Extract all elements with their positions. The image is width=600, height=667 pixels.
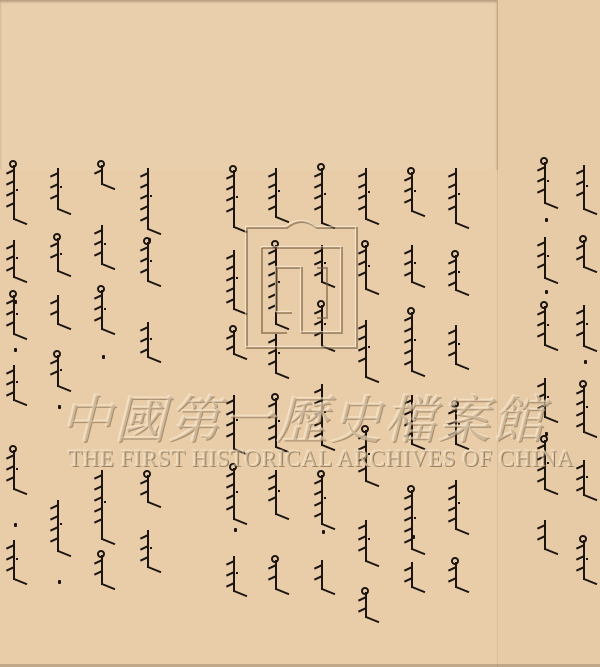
manchu-word: [574, 165, 596, 210]
manchu-word: [4, 240, 26, 278]
manchu-word: [48, 295, 70, 325]
punctuation-mark: [322, 530, 325, 534]
manchu-word: [535, 520, 557, 550]
manchu-word: [138, 168, 160, 230]
manchu-word: [446, 562, 468, 588]
manchu-word: [312, 475, 334, 525]
manchu-word: [312, 245, 334, 283]
manchu-word: [92, 290, 114, 330]
punctuation-mark: [412, 535, 415, 539]
watermark-english-text: THE FIRST HISTORICAL ARCHIVES OF CHINA: [68, 446, 548, 472]
punctuation-mark: [545, 218, 548, 222]
manchu-word: [4, 540, 26, 580]
manchu-word: [48, 500, 70, 552]
manchu-word: [402, 490, 424, 550]
manchu-word: [138, 530, 160, 568]
manchu-word: [312, 560, 334, 590]
manchu-word: [224, 330, 246, 355]
manchu-word: [92, 470, 114, 540]
punctuation-mark: [14, 348, 17, 352]
manchu-word: [446, 480, 468, 530]
manchu-word: [138, 322, 160, 358]
manchu-word: [4, 365, 26, 401]
punctuation-mark: [14, 300, 17, 304]
manchu-word: [574, 305, 596, 347]
manchu-word: [356, 320, 378, 378]
manchu-word: [312, 305, 334, 347]
manchu-word: [574, 460, 596, 496]
watermark-chinese-text: 中國第一歷史檔案館: [60, 378, 560, 444]
manchu-word: [402, 245, 424, 283]
manchu-word: [92, 555, 114, 585]
punctuation-mark: [234, 528, 237, 532]
manchu-word: [446, 168, 468, 224]
punctuation-mark: [545, 290, 548, 294]
manchu-word: [535, 162, 557, 204]
manchu-word: [446, 325, 468, 365]
manchu-word: [224, 556, 246, 592]
manchu-word: [402, 172, 424, 212]
manchu-word: [266, 560, 288, 590]
manchu-word: [574, 540, 596, 580]
manchu-word: [266, 245, 288, 325]
manchu-word: [574, 385, 596, 433]
manchu-word: [4, 450, 26, 490]
manchu-word: [535, 306, 557, 346]
manchu-word: [574, 240, 596, 268]
manchu-word: [402, 312, 424, 372]
manchu-word: [224, 468, 246, 520]
manchu-word: [48, 238, 70, 272]
manchu-word: [92, 165, 114, 185]
manchu-word: [356, 168, 378, 220]
manchu-word: [92, 225, 114, 265]
manchu-word: [138, 242, 160, 282]
manchu-word: [4, 165, 26, 220]
manchu-word: [266, 334, 288, 374]
punctuation-mark: [14, 523, 17, 527]
manchu-word: [356, 520, 378, 562]
manchu-word: [48, 168, 70, 210]
manchu-word: [266, 168, 288, 218]
punctuation-mark: [584, 360, 587, 364]
manchu-word: [402, 562, 424, 588]
top-fold-panel: [0, 0, 498, 171]
manchu-word: [224, 250, 246, 310]
manchu-word: [535, 237, 557, 279]
manchu-word: [356, 245, 378, 290]
manchu-word: [356, 592, 378, 618]
manchu-word: [312, 168, 334, 224]
punctuation-mark: [58, 580, 61, 584]
manchu-word: [224, 170, 246, 228]
manchu-word: [138, 475, 160, 503]
manchu-word: [266, 470, 288, 515]
punctuation-mark: [148, 238, 151, 242]
manchu-word: [446, 255, 468, 291]
punctuation-mark: [102, 355, 105, 359]
